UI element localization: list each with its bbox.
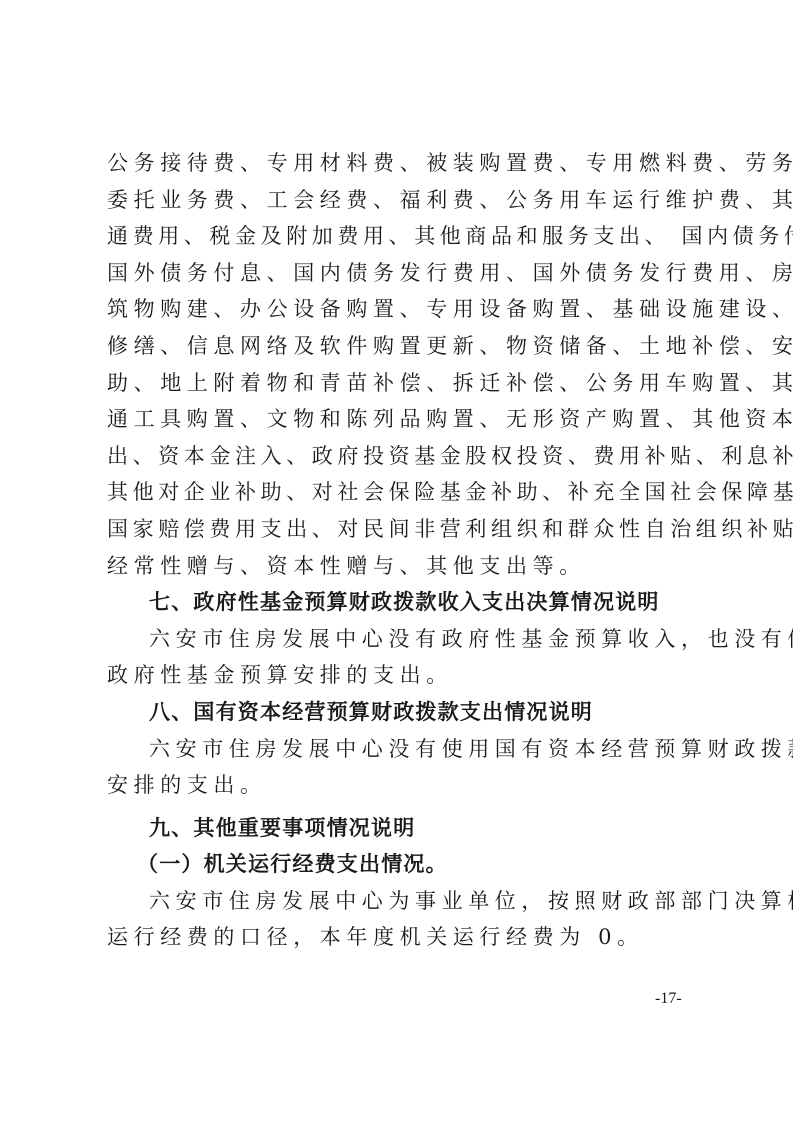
body-text-line: 经常性赠与、资本性赠与、其他支出等。 [107,548,697,585]
body-text-line: 出、资本金注入、政府投资基金股权投资、费用补贴、利息补贴、 [107,438,697,475]
section-9-body: 运行经费的口径，本年度机关运行经费为 0。 [107,919,697,956]
body-text-line: 公务接待费、专用材料费、被装购置费、专用燃料费、劳务费、 [107,145,697,182]
section-8-body: 六安市住房发展中心没有使用国有资本经营预算财政拨款 [107,731,697,768]
body-text-line: 通工具购置、文物和陈列品购置、无形资产购置、其他资本性支 [107,401,697,438]
section-9-subheading: （一）机关运行经费支出情况。 [107,846,697,883]
section-8-heading: 八、国有资本经营预算财政拨款支出情况说明 [107,694,697,731]
section-8-body: 安排的支出。 [107,767,697,804]
page-content: 公务接待费、专用材料费、被装购置费、专用燃料费、劳务费、 委托业务费、工会经费、… [107,145,697,956]
body-text-line: 助、地上附着物和青苗补偿、拆迁补偿、公务用车购置、其他交 [107,365,697,402]
body-text-line: 其他对企业补助、对社会保险基金补助、补充全国社会保障基金、 [107,474,697,511]
body-text-line: 国外债务付息、国内债务发行费用、国外债务发行费用、房屋建 [107,255,697,292]
document-page: 公务接待费、专用材料费、被装购置费、专用燃料费、劳务费、 委托业务费、工会经费、… [0,0,793,1122]
body-text-line: 修缮、信息网络及软件购置更新、物资储备、土地补偿、安置补 [107,328,697,365]
section-7-body: 政府性基金预算安排的支出。 [107,657,697,694]
body-text-line: 委托业务费、工会经费、福利费、公务用车运行维护费、其他交 [107,182,697,219]
section-9-heading: 九、其他重要事项情况说明 [107,810,697,847]
body-text-line: 通费用、税金及附加费用、其他商品和服务支出、 国内债务付息、 [107,218,697,255]
page-number: -17- [655,990,682,1008]
body-text-line: 筑物购建、办公设备购置、专用设备购置、基础设施建设、大型 [107,291,697,328]
section-7-body: 六安市住房发展中心没有政府性基金预算收入，也没有使用 [107,621,697,658]
body-text-line: 国家赔偿费用支出、对民间非营利组织和群众性自治组织补贴、 [107,511,697,548]
section-9-body: 六安市住房发展中心为事业单位，按照财政部部门决算机关 [107,883,697,920]
section-7-heading: 七、政府性基金预算财政拨款收入支出决算情况说明 [107,584,697,621]
